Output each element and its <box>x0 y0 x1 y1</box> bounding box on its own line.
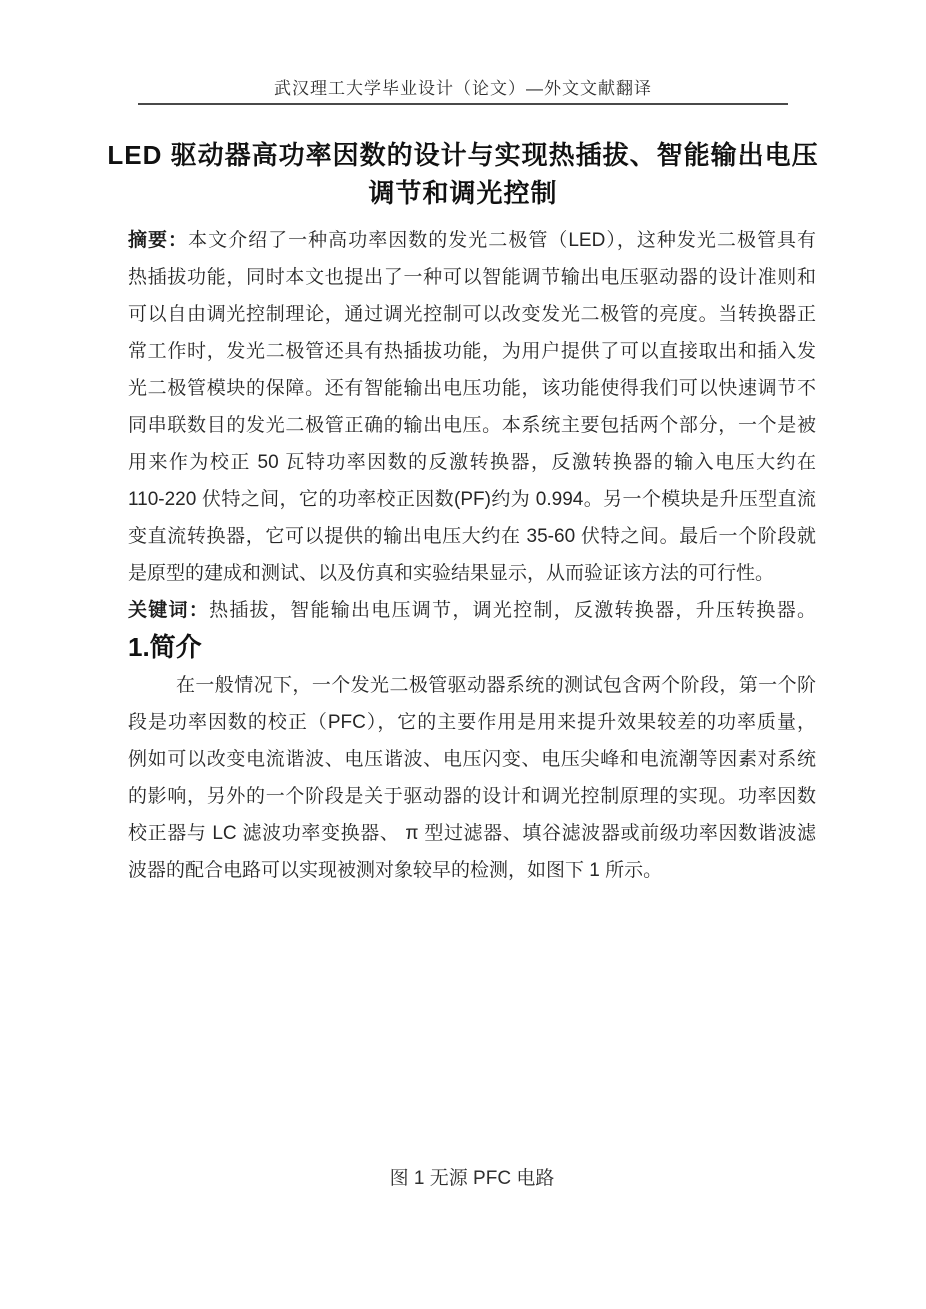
text-line: 在一般情况下，一个发光二极管驱动器系统的测试包含两个阶段，第一个阶 <box>128 667 816 704</box>
introduction-paragraph: 在一般情况下，一个发光二极管驱动器系统的测试包含两个阶段，第一个阶 段是功率因数… <box>128 667 816 889</box>
document-page: 武汉理工大学毕业设计（论文）—外文文献翻译 LED 驱动器高功率因数的设计与实现… <box>0 0 926 1309</box>
figure-1-caption: 图 1 无源 PFC 电路 <box>128 1166 816 1192</box>
document-body: 摘要：本文介绍了一种高功率因数的发光二极管（LED），这种发光二极管具有 热插拔… <box>128 222 816 1192</box>
abstract-label: 摘要： <box>128 230 188 251</box>
header-rule <box>138 103 788 105</box>
text-line: 用来作为校正 50 瓦特功率因数的反激转换器，反激转换器的输入电压大约在 <box>128 444 816 481</box>
keywords-paragraph: 关键词：热插拔，智能输出电压调节，调光控制，反激转换器，升压转换器。 <box>128 592 816 629</box>
keywords-text: 热插拔，智能输出电压调节，调光控制，反激转换器，升压转换器。 <box>209 600 816 621</box>
text-line: 同串联数目的发光二极管正确的输出电压。本系统主要包括两个部分，一个是被 <box>128 407 816 444</box>
abstract-line-text: 本文介绍了一种高功率因数的发光二极管（LED），这种发光二极管具有 <box>188 230 816 251</box>
text-line: 的影响，另外的一个阶段是关于驱动器的设计和调光控制原理的实现。功率因数 <box>128 778 816 815</box>
text-line: 波器的配合电路可以实现被测对象较早的检测，如图下 1 所示。 <box>128 852 816 889</box>
text-line: 变直流转换器，它可以提供的输出电压大约在 35-60 伏特之间。最后一个阶段就 <box>128 518 816 555</box>
text-line: 常工作时，发光二极管还具有热插拔功能，为用户提供了可以直接取出和插入发 <box>128 333 816 370</box>
text-line: 是原型的建成和测试、以及仿真和实验结果显示，从而验证该方法的可行性。 <box>128 555 816 592</box>
text-line: 段是功率因数的校正（PFC），它的主要作用是用来提升效果较差的功率质量， <box>128 704 816 741</box>
keywords-label: 关键词： <box>128 600 209 621</box>
text-line: 110-220 伏特之间，它的功率校正因数(PF)约为 0.994。另一个模块是… <box>128 481 816 518</box>
document-title: LED 驱动器高功率因数的设计与实现热插拔、智能输出电压 调节和调光控制 <box>0 136 926 212</box>
text-line: 可以自由调光控制理论，通过调光控制可以改变发光二极管的亮度。当转换器正 <box>128 296 816 333</box>
text-line: 校正器与 LC 滤波功率变换器、 π 型过滤器、填谷滤波器或前级功率因数谐波滤 <box>128 815 816 852</box>
section-heading-introduction: 1.简介 <box>128 629 816 665</box>
page-header: 武汉理工大学毕业设计（论文）—外文文献翻译 <box>0 0 926 100</box>
text-line: 热插拔功能，同时本文也提出了一种可以智能调节输出电压驱动器的设计准则和 <box>128 259 816 296</box>
abstract-paragraph: 摘要：本文介绍了一种高功率因数的发光二极管（LED），这种发光二极管具有 热插拔… <box>128 222 816 592</box>
text-line: 摘要：本文介绍了一种高功率因数的发光二极管（LED），这种发光二极管具有 <box>128 222 816 259</box>
document-title-line: LED 驱动器高功率因数的设计与实现热插拔、智能输出电压 <box>0 136 926 174</box>
text-line: 光二极管模块的保障。还有智能输出电压功能，该功能使得我们可以快速调节不 <box>128 370 816 407</box>
text-line: 例如可以改变电流谐波、电压谐波、电压闪变、电压尖峰和电流潮等因素对系统 <box>128 741 816 778</box>
document-title-line: 调节和调光控制 <box>0 174 926 212</box>
